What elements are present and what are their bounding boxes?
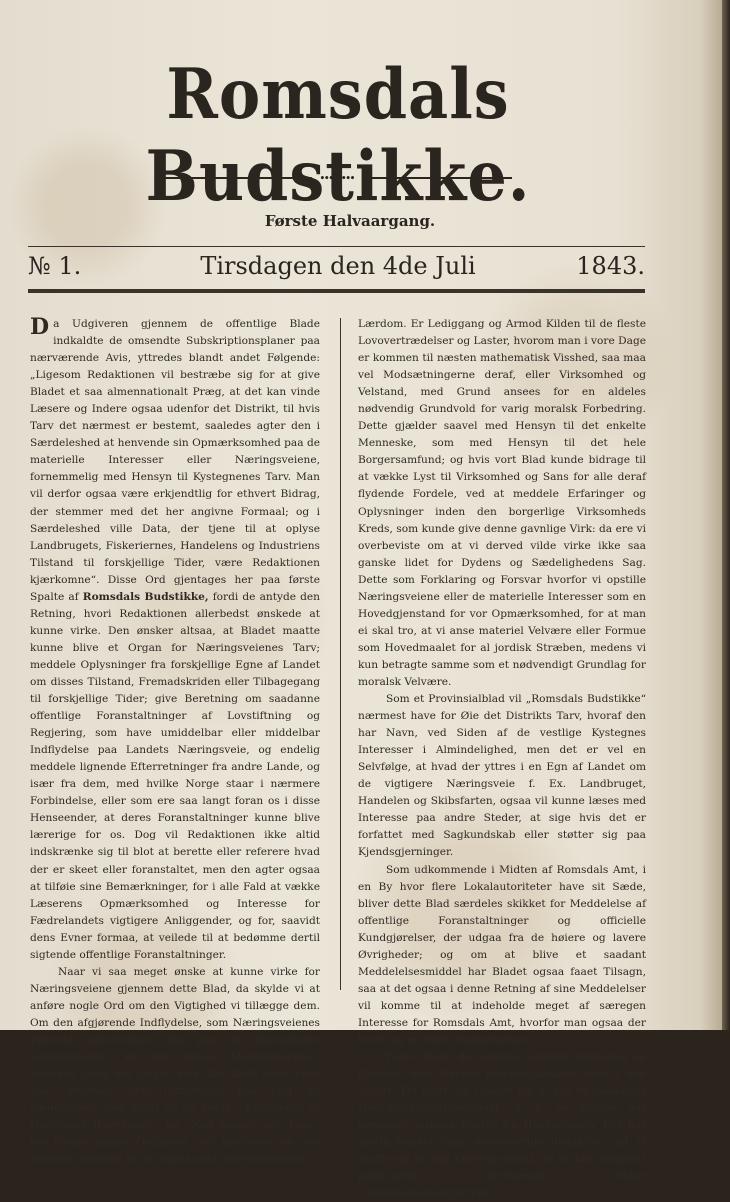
ornament-line-right xyxy=(362,177,512,179)
paragraph-text: a Udgiveren gjennem de offentlige Blade … xyxy=(30,318,320,603)
article-column-right: Lærdom. Er Lediggang og Armod Kilden til… xyxy=(358,316,646,1030)
drop-cap: D xyxy=(30,318,49,336)
dateline-rule-top xyxy=(28,246,645,247)
newspaper-page: Romsdals Budstikke. ∙∙∙❦∙∙∙ Første Halva… xyxy=(0,0,722,1030)
dateline: № 1. Tirsdagen den 4de Juli 1843. xyxy=(28,252,645,286)
inline-paper-title: Romsdals Budstikke, xyxy=(83,591,209,603)
binding-edge xyxy=(722,0,730,1030)
ornament-flourish-icon: ∙∙∙❦∙∙∙ xyxy=(312,172,362,184)
article-column-left: Da Udgiveren gjennem de offentlige Blade… xyxy=(30,316,320,1030)
article-paragraph: Lærdom. Er Lediggang og Armod Kilden til… xyxy=(358,316,646,691)
volume-subtitle: Første Halvaargang. xyxy=(0,212,700,230)
dateline-rule-bottom xyxy=(28,289,645,293)
issue-number: № 1. xyxy=(28,252,81,280)
article-paragraph: Naar vi saa meget ønske at kunne virke f… xyxy=(30,964,320,1030)
article-paragraph: Da Udgiveren gjennem de offentlige Blade… xyxy=(30,316,320,964)
paragraph-text-continued: fordi de antyde den Retning, hvori Redak… xyxy=(30,591,320,961)
article-paragraph: Som udkommende i Midten af Romsdals Amt,… xyxy=(358,862,646,1031)
column-divider xyxy=(340,318,341,990)
issue-year: 1843. xyxy=(576,252,645,280)
masthead-ornament: ∙∙∙❦∙∙∙ xyxy=(162,172,512,184)
article-paragraph: Som et Provinsialblad vil „Romsdals Buds… xyxy=(358,691,646,861)
issue-date: Tirsdagen den 4de Juli xyxy=(178,252,498,280)
masthead-title: Romsdals Budstikke. xyxy=(28,53,648,217)
ornament-line-left xyxy=(162,177,312,179)
